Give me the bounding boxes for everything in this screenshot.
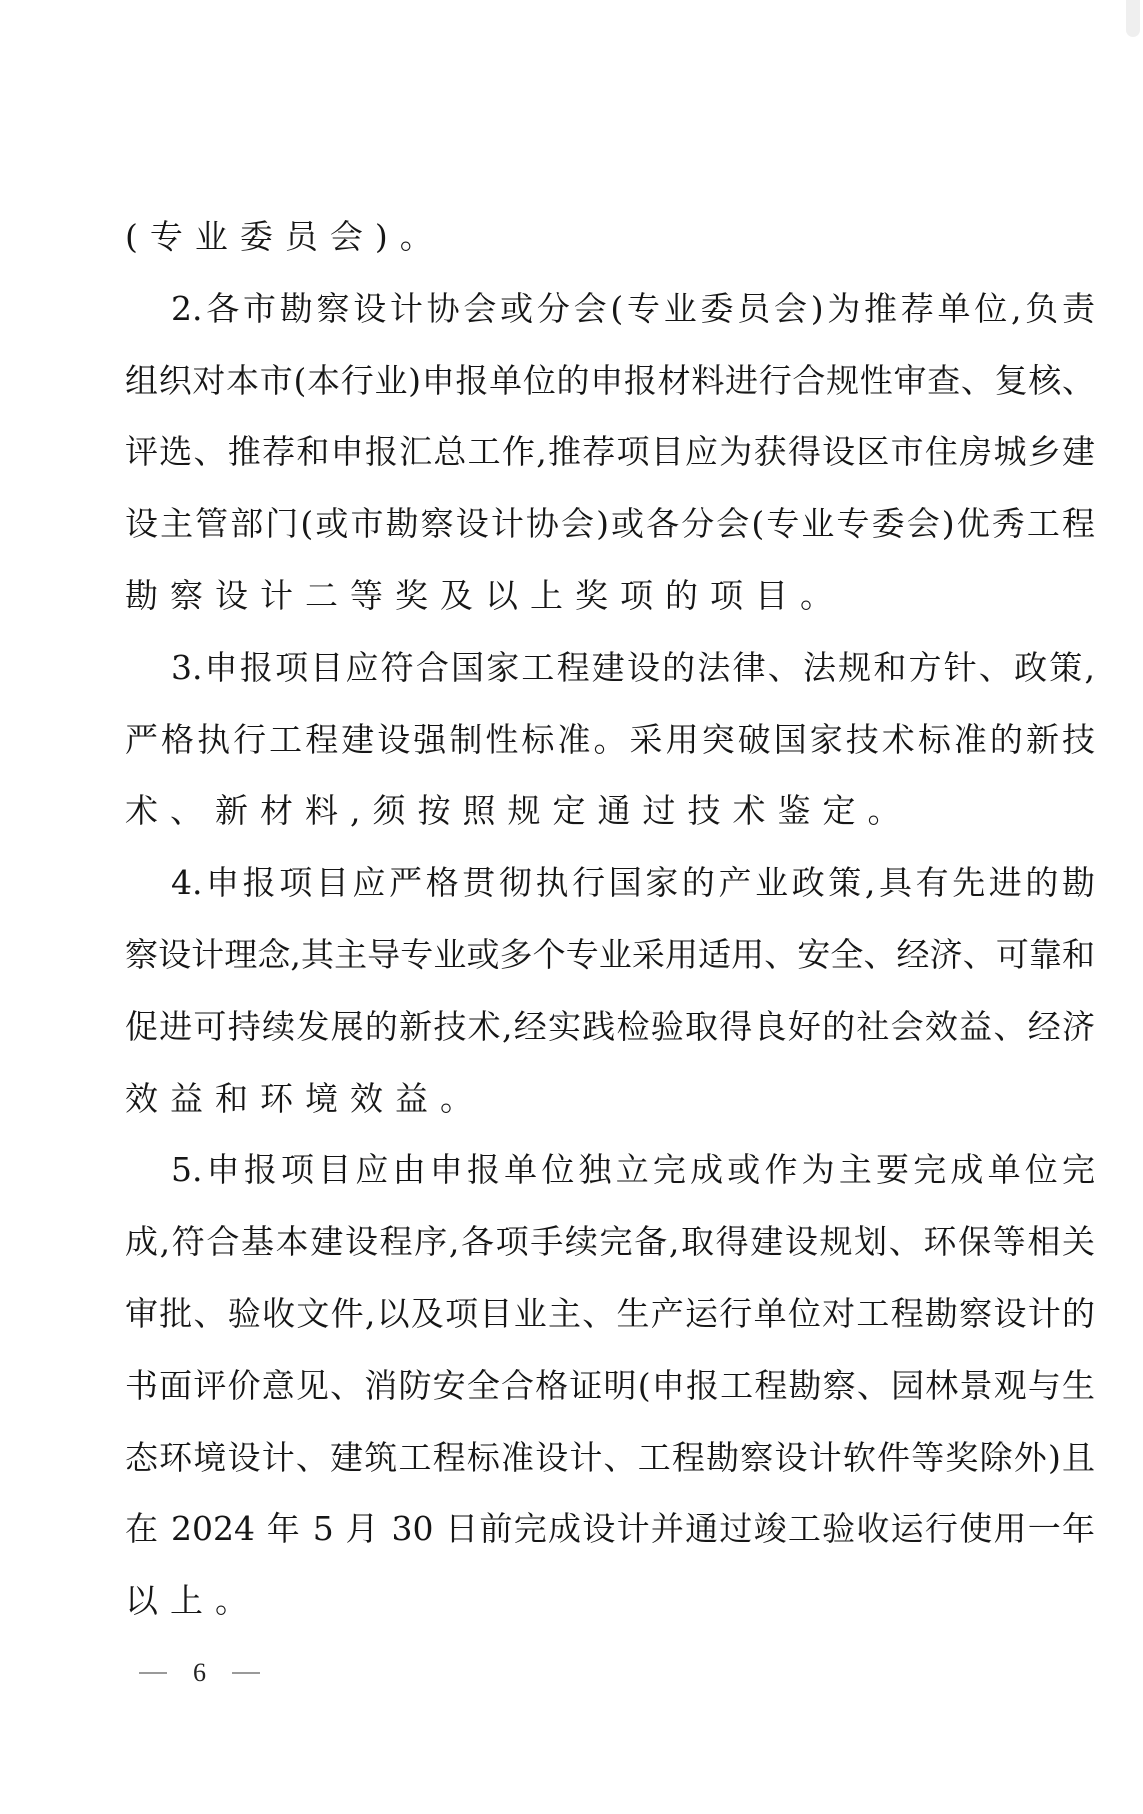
paragraph-line: 严格执行工程建设强制性标准。采用突破国家技术标准的新技 (125, 718, 1095, 762)
page-number-value: 6 (193, 1658, 206, 1688)
paragraph-first-line: 3.申报项目应符合国家工程建设的法律、法规和方针、政策, (171, 646, 1095, 690)
scrollbar[interactable] (1123, 0, 1143, 1814)
page-number: 6 (139, 1658, 260, 1688)
paragraph-line: 效益和环境效益。 (125, 1077, 1095, 1121)
page-number-left-dash (139, 1672, 167, 1674)
paragraph-first-line: 5.申报项目应由申报单位独立完成或作为主要完成单位完 (171, 1148, 1095, 1192)
document-page: (专业委员会)。2.各市勘察设计协会或分会(专业委员会)为推荐单位,负责组织对本… (0, 0, 1143, 1814)
page-number-right-dash (232, 1672, 260, 1674)
paragraph-line: 促进可持续发展的新技术,经实践检验取得良好的社会效益、经济 (125, 1005, 1095, 1049)
paragraph-line: 设主管部门(或市勘察设计协会)或各分会(专业专委会)优秀工程 (125, 502, 1095, 546)
paragraph-first-line: 4.申报项目应严格贯彻执行国家的产业政策,具有先进的勘 (171, 861, 1095, 905)
paragraph-line: 以上。 (125, 1579, 1095, 1623)
paragraph-line: 评选、推荐和申报汇总工作,推荐项目应为获得设区市住房城乡建 (125, 430, 1095, 474)
paragraph-line: 术、新材料,须按照规定通过技术鉴定。 (125, 789, 1095, 833)
paragraph-line: 组织对本市(本行业)申报单位的申报材料进行合规性审查、复核、 (125, 359, 1095, 403)
paragraph-line: 在 2024 年 5 月 30 日前完成设计并通过竣工验收运行使用一年 (125, 1507, 1095, 1551)
paragraph-first-line: 2.各市勘察设计协会或分会(专业委员会)为推荐单位,负责 (171, 287, 1095, 331)
paragraph-line: 书面评价意见、消防安全合格证明(申报工程勘察、园林景观与生 (125, 1364, 1095, 1408)
paragraph-line: 察设计理念,其主导专业或多个专业采用适用、安全、经济、可靠和 (125, 933, 1095, 977)
paragraph-line: 成,符合基本建设程序,各项手续完备,取得建设规划、环保等相关 (125, 1220, 1095, 1264)
paragraph-line: (专业委员会)。 (125, 215, 1095, 259)
scrollbar-thumb[interactable] (1126, 0, 1140, 37)
paragraph-line: 审批、验收文件,以及项目业主、生产运行单位对工程勘察设计的 (125, 1292, 1095, 1336)
paragraph-line: 态环境设计、建筑工程标准设计、工程勘察设计软件等奖除外)且 (125, 1436, 1095, 1480)
paragraph-line: 勘察设计二等奖及以上奖项的项目。 (125, 574, 1095, 618)
